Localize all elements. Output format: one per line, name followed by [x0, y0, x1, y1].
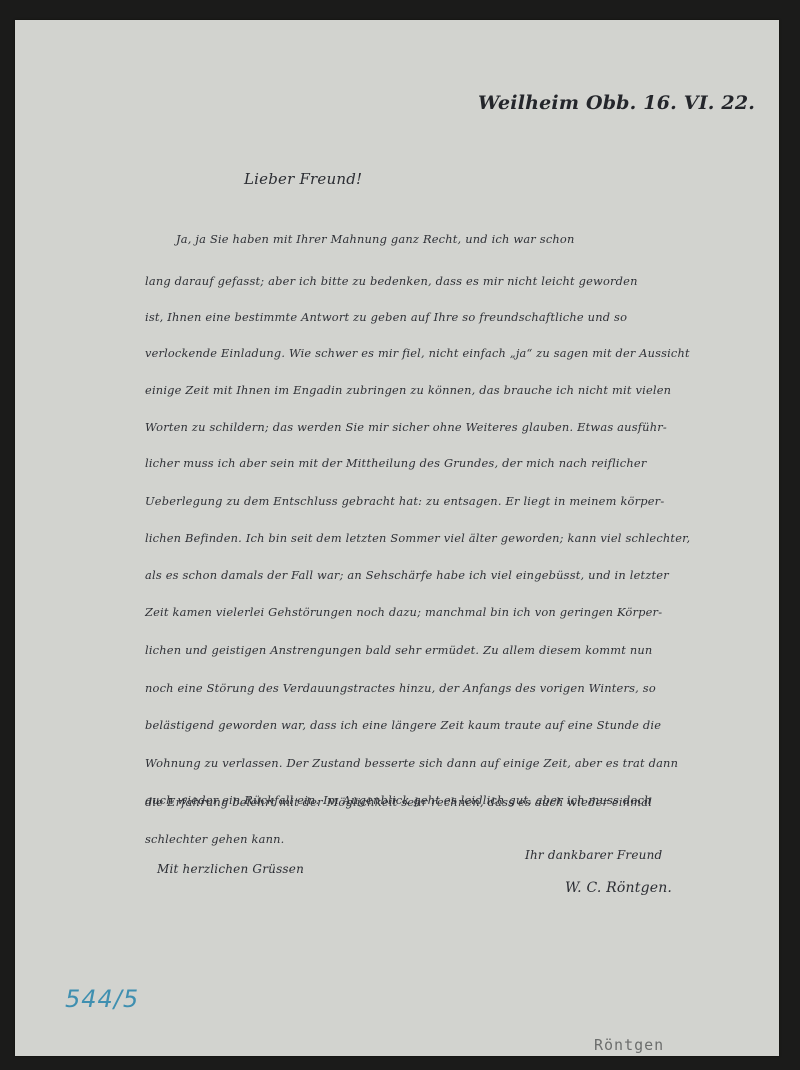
body-line: Ja, ja Sie haben mit Ihrer Mahnung ganz …	[176, 232, 575, 246]
body-line: belästigend geworden war, dass ich eine …	[145, 718, 661, 732]
body-line: lang darauf gefasst; aber ich bitte zu b…	[145, 274, 638, 288]
body-line: licher muss ich aber sein mit der Mitthe…	[145, 456, 646, 470]
archive-name-stamp: Röntgen	[594, 1036, 664, 1054]
body-line: einige Zeit mit Ihnen im Engadin zubring…	[145, 383, 671, 397]
body-line: verlockende Einladung. Wie schwer es mir…	[145, 346, 690, 360]
body-line: die Erfahrung belehrt mit der Möglichkei…	[145, 795, 652, 809]
letter-sign-off: Ihr dankbarer Freund	[525, 848, 662, 862]
body-line: ist, Ihnen eine bestimmte Antwort zu geb…	[145, 310, 627, 324]
body-line: Zeit kamen vielerlei Gehstörungen noch d…	[145, 605, 662, 619]
signature: W. C. Röntgen.	[565, 880, 672, 896]
body-line: lichen Befinden. Ich bin seit dem letzte…	[145, 531, 690, 545]
letter-salutation: Lieber Freund!	[244, 170, 362, 188]
body-line: Worten zu schildern; das werden Sie mir …	[145, 420, 667, 434]
letter-closing: Mit herzlichen Grüssen	[157, 862, 304, 876]
body-line: schlechter gehen kann.	[145, 832, 285, 846]
body-line: als es schon damals der Fall war; an Seh…	[145, 568, 669, 582]
body-line: lichen und geistigen Anstrengungen bald …	[145, 643, 652, 657]
body-line: Ueberlegung zu dem Entschluss gebracht h…	[145, 494, 664, 508]
body-line: Wohnung zu verlassen. Der Zustand besser…	[145, 756, 678, 770]
body-line: noch eine Störung des Verdauungstractes …	[145, 681, 656, 695]
archive-number-annotation: 544/5	[65, 985, 139, 1013]
letter-dateline: Weilheim Obb. 16. VI. 22.	[478, 92, 755, 114]
